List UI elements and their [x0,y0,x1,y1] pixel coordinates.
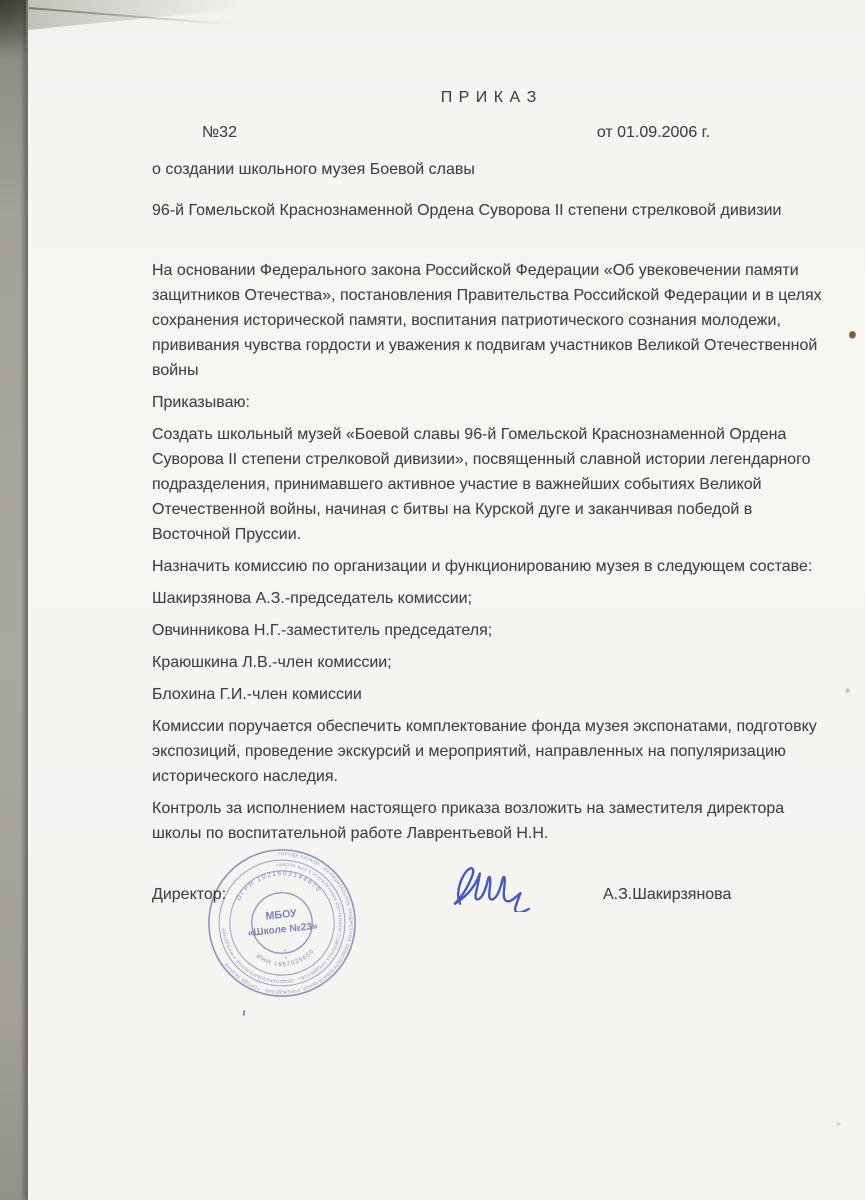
commission-member-2: Овчинникова Н.Г.-заместитель председател… [152,618,826,643]
paper-sheet: П Р И К А З №32 от 01.09.2006 г. о созда… [26,0,865,1200]
stamp-center-line-2: «Школе №23» [247,921,318,939]
subject-line-1: о создании школьного музея Боевой славы [152,157,826,182]
commission-member-1: Шакирзянова А.З.-председатель комиссии; [152,586,826,611]
paragraph-basis: На основании Федерального закона Российс… [152,258,826,383]
paragraph-commission-tasks: Комиссии поручается обеспечить комплекто… [152,714,826,789]
stamp-divider-mark-2: ٭ [284,955,288,961]
document-content: П Р И К А З №32 от 01.09.2006 г. о созда… [152,0,826,952]
paragraph-create-museum: Создать школьный музей «Боевой славы 96-… [152,422,826,547]
stamp-center-line-1: МБОУ [265,908,298,923]
scanned-document-page: П Р И К А З №32 от 01.09.2006 г. о созда… [0,0,865,1200]
commission-member-3: Краюшкина Л.В.-член комиссии; [152,650,826,675]
subject-line-2: 96-й Гомельской Краснознаменной Ордена С… [152,198,826,223]
scan-dirt-speck [849,331,856,339]
order-body: На основании Федерального закона Российс… [152,258,826,846]
scanner-background-strip [0,0,28,1200]
director-name: А.З.Шакирзянова [603,882,731,907]
scan-dirt-speck [845,687,850,694]
scan-dirt-speck [836,1122,841,1126]
stamp-divider-mark-1: ٭ [283,948,287,954]
paragraph-commission-intro: Назначить комиссию по организации и функ… [152,554,826,579]
order-date: от 01.09.2006 г. [597,120,710,145]
commission-member-4: Блохина Г.И.-член комиссии [152,682,826,707]
paragraph-order-lead: Приказываю: [152,390,826,415]
order-number-row: №32 от 01.09.2006 г. [152,120,826,145]
official-round-stamp: · ГОРОДА КАЗАНИ · МУНИЦИПАЛЬНОЕ БЮДЖЕТНО… [196,837,367,1008]
document-title: П Р И К А З [152,85,826,110]
order-number: №32 [202,120,237,145]
handwritten-signature [447,860,547,912]
paragraph-control: Контроль за исполнением настоящего прика… [152,796,826,846]
